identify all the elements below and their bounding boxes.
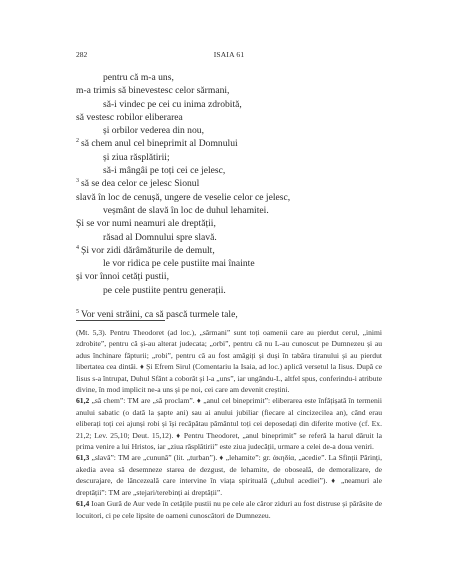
verse-line: slavă în loc de cenușă, ungere de veseli… — [76, 191, 386, 204]
verse-line: pentru că m-a uns, — [76, 71, 386, 84]
verse-line: le vor ridica pe cele pustiite mai înain… — [76, 257, 386, 270]
footnote-ref: 61,4 — [76, 499, 89, 508]
verse-line: pe cele pustiite pentru generații. — [76, 284, 386, 297]
verse-line: și orbilor vederea din nou, — [76, 124, 386, 137]
footnote-ref: 61,3 — [76, 453, 89, 462]
verse-line: să-i mângâi pe toți cei ce jelesc, — [76, 164, 386, 177]
verse-line: veșmânt de slavă în loc de duhul lehamit… — [76, 204, 386, 217]
footnote-rule — [76, 320, 165, 321]
verse-line: și vor înnoi cetăți pustii, — [76, 270, 386, 283]
page-header: 282 ISAIA 61 — [76, 50, 382, 62]
book-page: 282 ISAIA 61 pentru că m-a uns, m-a trim… — [0, 0, 452, 584]
verse-line: să vestesc robilor eliberarea — [76, 111, 386, 124]
footnote: 61,2 „să chem”: TM are „să proclam”. ♦ „… — [76, 395, 382, 452]
verse-line: 3să se dea celor ce jelesc Sionul — [76, 177, 386, 190]
footnote: 61,3 „slavă”: TM are „cunună” (lit. „tur… — [76, 452, 382, 498]
verse-line: 2să chem anul cel bineprimit al Domnului — [76, 137, 386, 150]
verse-line: m-a trimis să binevestesc celor sărmani, — [76, 84, 386, 97]
footnotes: (Mt. 5,3). Pentru Theodoret (ad loc.), „… — [76, 327, 382, 521]
verse-number: 5 — [76, 309, 79, 315]
verse-number: 2 — [76, 138, 79, 144]
verse-block: pentru că m-a uns, m-a trimis să bineves… — [76, 71, 386, 321]
running-title: ISAIA 61 — [76, 50, 382, 59]
verse-line: și ziua răsplătirii; — [76, 151, 386, 164]
verse-number: 4 — [76, 245, 79, 251]
verse-line: să-i vindec pe cei cu inima zdrobită, — [76, 98, 386, 111]
verse-line: 4Și vor zidi dărâmăturile de demult, — [76, 244, 386, 257]
footnote: 61,4 Ioan Gură de Aur vede în cetățile p… — [76, 498, 382, 521]
verse-line: răsad al Domnului spre slavă. — [76, 231, 386, 244]
footnote: (Mt. 5,3). Pentru Theodoret (ad loc.), „… — [76, 327, 382, 395]
verse-number: 3 — [76, 178, 79, 184]
footnote-ref: 61,2 — [76, 396, 89, 405]
verse-line: Și se vor numi neamuri ale dreptății, — [76, 217, 386, 230]
